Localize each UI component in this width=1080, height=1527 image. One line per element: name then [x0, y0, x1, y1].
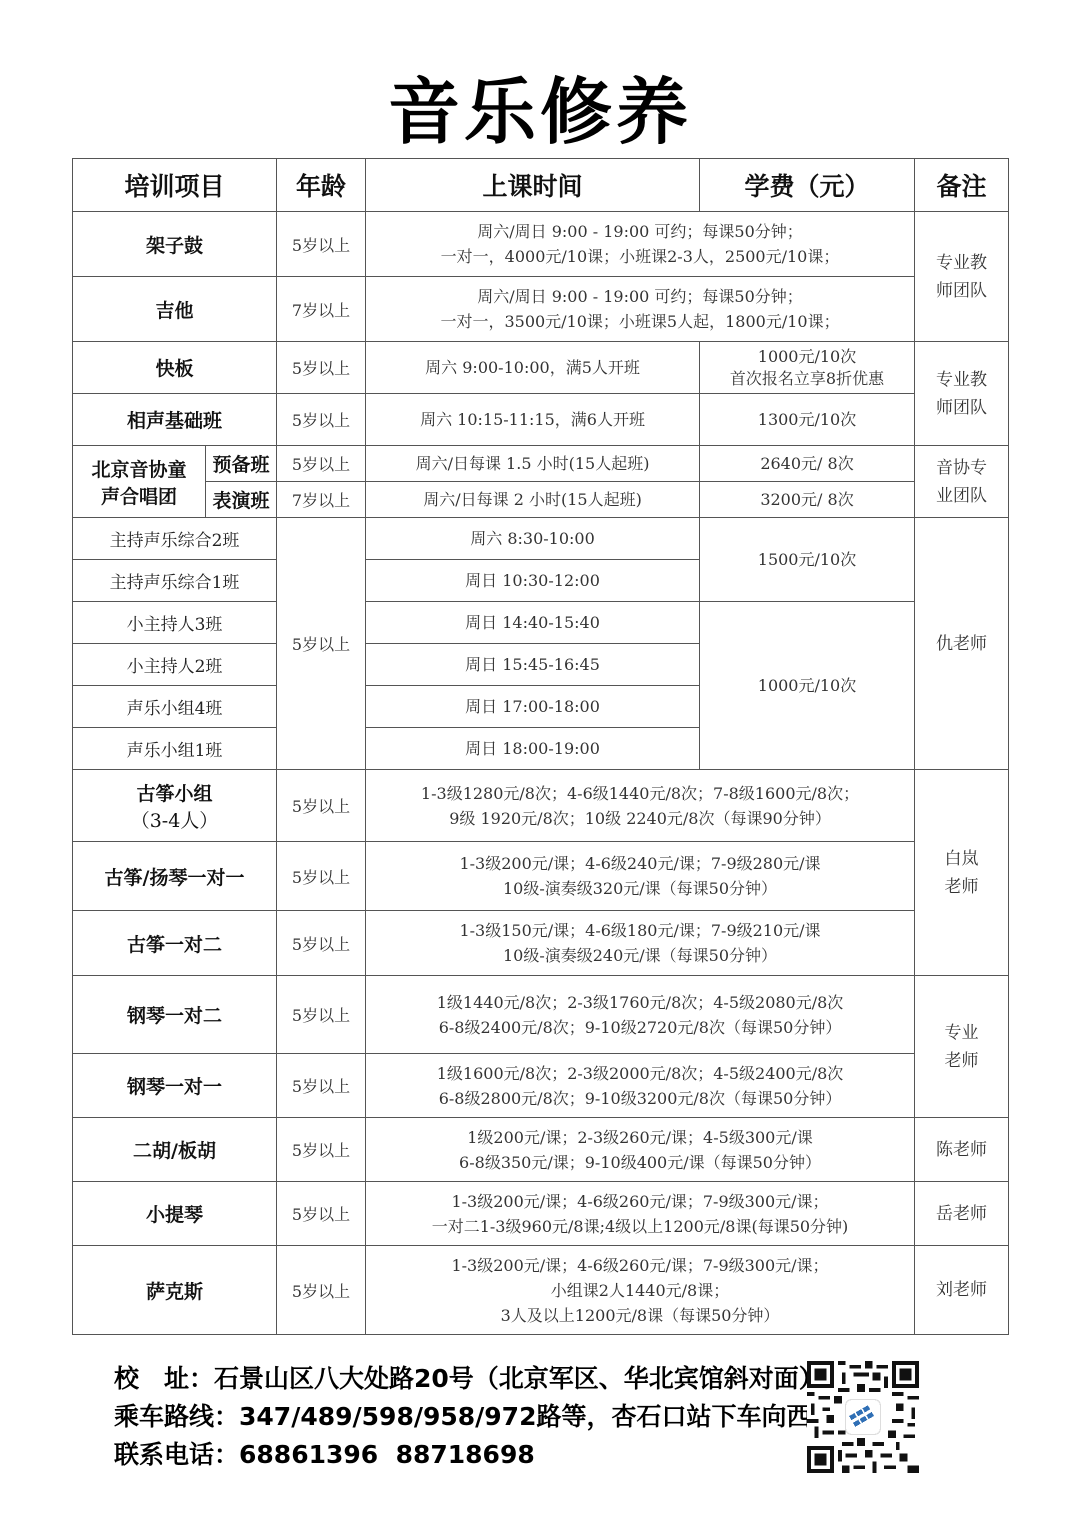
course-age: 5岁以上: [277, 1182, 366, 1246]
phone-value: 68861396 88718698: [239, 1440, 535, 1469]
course-name: 相声基础班: [73, 394, 277, 446]
table-row: 钢琴一对一 5岁以上 1级1600元/8次；2-3级2000元/8次；4-5级2…: [73, 1054, 1009, 1118]
course-name: 古筝/扬琴一对一: [73, 842, 277, 911]
course-name: 古筝小组 （3-4人）: [73, 770, 277, 842]
course-note: 仇老师: [915, 518, 1009, 770]
phone-label: 联系电话：: [114, 1440, 239, 1469]
course-fee: 1000元/10次 首次报名立享8折优惠: [700, 342, 915, 394]
table-row: 古筝一对二 5岁以上 1-3级150元/课；4-6级180元/课；7-9级210…: [73, 911, 1009, 976]
address-value: 石景山区八大处路20号（北京军区、华北宾馆斜对面）: [214, 1364, 824, 1393]
header-course: 培训项目: [73, 159, 277, 212]
table-row: 古筝小组 （3-4人） 5岁以上 1-3级1280元/8次；4-6级1440元/…: [73, 770, 1009, 842]
table-row: 小主持人3班 周日 14:40-15:40 1000元/10次: [73, 602, 1009, 644]
course-table: 培训项目 年龄 上课时间 学费（元） 备注 架子鼓 5岁以上 周六/周日 9:0…: [72, 158, 1009, 1335]
course-schedule: 周六/日每课 1.5 小时(15人起班): [366, 446, 700, 482]
course-age: 7岁以上: [277, 277, 366, 342]
course-name: 声乐小组1班: [73, 728, 277, 770]
course-schedule: 1-3级200元/课；4-6级260元/课；7-9级300元/课； 一对二1-3…: [366, 1182, 915, 1246]
table-row: 萨克斯 5岁以上 1-3级200元/课；4-6级260元/课；7-9级300元/…: [73, 1246, 1009, 1335]
bus-label: 乘车路线：: [114, 1402, 239, 1431]
course-name: 钢琴一对一: [73, 1054, 277, 1118]
course-schedule: 1-3级150元/课；4-6级180元/课；7-9级210元/课 10级-演奏级…: [366, 911, 915, 976]
course-age: 5岁以上: [277, 842, 366, 911]
qr-code-icon: [806, 1361, 920, 1473]
table-row: 快板 5岁以上 周六 9:00-10:00，满5人开班 1000元/10次 首次…: [73, 342, 1009, 394]
course-schedule: 1-3级200元/课；4-6级240元/课；7-9级280元/课 10级-演奏级…: [366, 842, 915, 911]
course-fee: 1500元/10次: [700, 518, 915, 602]
course-schedule: 周六 8:30-10:00: [366, 518, 700, 560]
course-schedule: 1级1440元/8次；2-3级1760元/8次；4-5级2080元/8次 6-8…: [366, 976, 915, 1054]
course-schedule: 周六/日每课 2 小时(15人起班): [366, 482, 700, 518]
table-row: 北京音协童 声合唱团 预备班 5岁以上 周六/日每课 1.5 小时(15人起班)…: [73, 446, 1009, 482]
header-note: 备注: [915, 159, 1009, 212]
course-note: 音协专 业团队: [915, 446, 1009, 518]
course-schedule: 周日 15:45-16:45: [366, 644, 700, 686]
course-fee: 2640元/ 8次: [700, 446, 915, 482]
course-schedule: 周六/周日 9:00 - 19:00 可约；每课50分钟； 一对一，4000元/…: [366, 212, 915, 277]
table-row: 表演班 7岁以上 周六/日每课 2 小时(15人起班) 3200元/ 8次: [73, 482, 1009, 518]
course-schedule: 周日 14:40-15:40: [366, 602, 700, 644]
course-schedule: 周日 18:00-19:00: [366, 728, 700, 770]
course-name: 吉他: [73, 277, 277, 342]
header-age: 年龄: [277, 159, 366, 212]
course-age: 5岁以上: [277, 1054, 366, 1118]
course-name: 表演班: [206, 482, 277, 518]
course-note: 专业 老师: [915, 976, 1009, 1118]
course-age: 5岁以上: [277, 770, 366, 842]
course-age: 7岁以上: [277, 482, 366, 518]
header-schedule: 上课时间: [366, 159, 700, 212]
course-name: 预备班: [206, 446, 277, 482]
course-age: 5岁以上: [277, 342, 366, 394]
course-note: 专业教 师团队: [915, 342, 1009, 446]
course-name: 二胡/板胡: [73, 1118, 277, 1182]
course-note: 专业教 师团队: [915, 212, 1009, 342]
course-name: 小提琴: [73, 1182, 277, 1246]
course-age: 5岁以上: [277, 446, 366, 482]
course-group-name: 北京音协童 声合唱团: [73, 446, 206, 518]
bus-value: 347/489/598/958/972路等，杏石口站下车向西100米: [239, 1402, 889, 1431]
table-row: 相声基础班 5岁以上 周六 10:15-11:15，满6人开班 1300元/10…: [73, 394, 1009, 446]
course-fee: 1300元/10次: [700, 394, 915, 446]
table-row: 钢琴一对二 5岁以上 1级1440元/8次；2-3级1760元/8次；4-5级2…: [73, 976, 1009, 1054]
page-title: 音乐修养: [0, 62, 1080, 162]
course-name: 主持声乐综合1班: [73, 560, 277, 602]
phone-line: 联系电话：68861396 88718698: [114, 1436, 889, 1474]
course-name: 钢琴一对二: [73, 976, 277, 1054]
course-schedule: 周日 10:30-12:00: [366, 560, 700, 602]
course-fee: 1000元/10次: [700, 602, 915, 770]
course-age: 5岁以上: [277, 1246, 366, 1335]
contact-info: 校 址：石景山区八大处路20号（北京军区、华北宾馆斜对面） 乘车路线：347/4…: [114, 1360, 889, 1474]
course-schedule: 周六 9:00-10:00，满5人开班: [366, 342, 700, 394]
course-name: 小主持人3班: [73, 602, 277, 644]
course-note: 刘老师: [915, 1246, 1009, 1335]
course-note: 陈老师: [915, 1118, 1009, 1182]
course-name: 架子鼓: [73, 212, 277, 277]
course-schedule: 1级1600元/8次；2-3级2000元/8次；4-5级2400元/8次 6-8…: [366, 1054, 915, 1118]
course-name: 小主持人2班: [73, 644, 277, 686]
course-name: 古筝一对二: [73, 911, 277, 976]
course-age: 5岁以上: [277, 1118, 366, 1182]
course-schedule: 1级200元/课；2-3级260元/课；4-5级300元/课 6-8级350元/…: [366, 1118, 915, 1182]
course-note: 白岚 老师: [915, 770, 1009, 976]
course-schedule: 周六 10:15-11:15，满6人开班: [366, 394, 700, 446]
table-row: 古筝/扬琴一对一 5岁以上 1-3级200元/课；4-6级240元/课；7-9级…: [73, 842, 1009, 911]
table-row: 小提琴 5岁以上 1-3级200元/课；4-6级260元/课；7-9级300元/…: [73, 1182, 1009, 1246]
course-name: 主持声乐综合2班: [73, 518, 277, 560]
header-fee: 学费（元）: [700, 159, 915, 212]
table-row: 主持声乐综合2班 5岁以上 周六 8:30-10:00 1500元/10次 仇老…: [73, 518, 1009, 560]
course-age: 5岁以上: [277, 212, 366, 277]
course-note: 岳老师: [915, 1182, 1009, 1246]
course-fee: 3200元/ 8次: [700, 482, 915, 518]
bus-line: 乘车路线：347/489/598/958/972路等，杏石口站下车向西100米: [114, 1398, 889, 1436]
address-label: 校 址：: [114, 1364, 214, 1393]
table-row: 架子鼓 5岁以上 周六/周日 9:00 - 19:00 可约；每课50分钟； 一…: [73, 212, 1009, 277]
table-row: 二胡/板胡 5岁以上 1级200元/课；2-3级260元/课；4-5级300元/…: [73, 1118, 1009, 1182]
course-schedule: 1-3级200元/课；4-6级260元/课；7-9级300元/课； 小组课2人1…: [366, 1246, 915, 1335]
course-name: 声乐小组4班: [73, 686, 277, 728]
course-name: 萨克斯: [73, 1246, 277, 1335]
course-age: 5岁以上: [277, 394, 366, 446]
course-schedule: 1-3级1280元/8次；4-6级1440元/8次；7-8级1600元/8次； …: [366, 770, 915, 842]
course-age: 5岁以上: [277, 976, 366, 1054]
course-age: 5岁以上: [277, 911, 366, 976]
table-header-row: 培训项目 年龄 上课时间 学费（元） 备注: [73, 159, 1009, 212]
course-schedule: 周日 17:00-18:00: [366, 686, 700, 728]
course-age: 5岁以上: [277, 518, 366, 770]
table-row: 吉他 7岁以上 周六/周日 9:00 - 19:00 可约；每课50分钟； 一对…: [73, 277, 1009, 342]
address-line: 校 址：石景山区八大处路20号（北京军区、华北宾馆斜对面）: [114, 1360, 889, 1398]
course-name: 快板: [73, 342, 277, 394]
course-schedule: 周六/周日 9:00 - 19:00 可约；每课50分钟； 一对一，3500元/…: [366, 277, 915, 342]
